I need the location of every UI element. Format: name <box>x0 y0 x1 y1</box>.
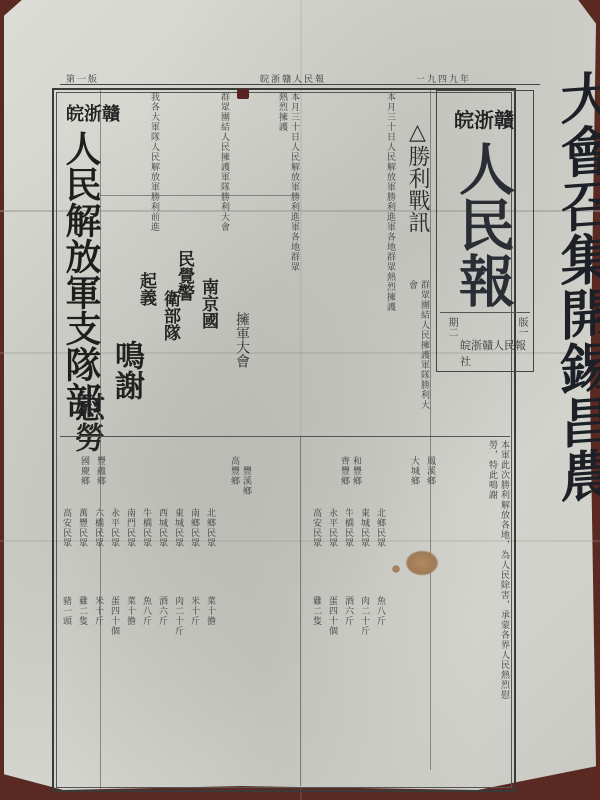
article-column: 群眾團結人民擁護軍隊勝利大會 <box>250 280 430 410</box>
masthead-info: 期二 皖浙贛人民報社 版一 <box>440 312 530 371</box>
list-amount: 雞二隻 <box>76 596 89 626</box>
list-item: 高安民眾 <box>310 508 323 548</box>
list-item: 永平民眾 <box>108 508 121 548</box>
list-amount: 酒六斤 <box>156 596 169 626</box>
page-label: 第一版 <box>66 72 99 85</box>
list-amount: 菜十擔 <box>204 596 217 626</box>
list-heading: 鳳溪鄉 <box>424 456 437 486</box>
list-amount: 豬一頭 <box>60 596 73 626</box>
list-item: 南門民眾 <box>124 508 137 548</box>
lead-headline-side2: 鳴謝 <box>104 340 148 400</box>
masthead-publisher: 皖浙贛人民報社 <box>460 337 530 369</box>
lead-headline: 人民解放軍支隊部 <box>62 130 100 418</box>
victory-news-label: 勝利戰訊 <box>405 145 430 233</box>
list-item: 北鄉民眾 <box>374 508 387 548</box>
article-column: 本軍此次勝利解放各地，為人民除害，承蒙各界人民熱烈慰勞，特此鳴謝 <box>440 440 510 700</box>
list-amount: 雞二隻 <box>310 596 323 626</box>
article-column: 群眾團結人民擁護軍隊勝利大會 <box>160 92 230 272</box>
list-item: 東城民眾 <box>172 508 185 548</box>
list-item: 永平民眾 <box>326 508 339 548</box>
masthead-issue: 期二 <box>444 317 459 337</box>
section-divider <box>100 195 300 196</box>
list-heading: 國慶鄉 <box>78 456 91 486</box>
water-stain <box>392 565 400 573</box>
list-amount: 魚八斤 <box>374 596 387 626</box>
handwritten-note: 大會召集開錫昌農 <box>548 67 600 504</box>
list-item: 北鄉民眾 <box>204 508 217 548</box>
list-item: 東城民眾 <box>358 508 371 548</box>
header-paper-name: 皖浙贛人民報 <box>260 72 326 85</box>
ink-blot <box>237 89 249 99</box>
list-amount: 魚八斤 <box>140 596 153 626</box>
list-item: 南鄉民眾 <box>188 508 201 548</box>
list-heading: 豐溪鄉 <box>240 466 253 496</box>
rally-title: 擁軍大會 <box>232 312 252 368</box>
list-item: 六橋民眾 <box>92 508 105 548</box>
section-divider <box>60 436 510 437</box>
list-item: 西城民眾 <box>156 508 169 548</box>
column-divider <box>300 436 301 786</box>
list-heading: 大城鄉 <box>408 456 421 486</box>
sub-item-qiyi: 起義 <box>134 272 159 306</box>
list-item: 萬豐民眾 <box>76 508 89 548</box>
list-amount: 米十斤 <box>188 596 201 626</box>
sub-item-nanjing: 南京國 <box>196 278 221 329</box>
lead-headline-side: 慰勞 <box>64 392 108 452</box>
column-divider <box>430 90 431 770</box>
header-date: 一九四九年 <box>416 72 471 85</box>
list-amount: 蛋四十個 <box>326 596 339 636</box>
victory-news-title: △勝利戰訊 <box>402 120 433 233</box>
article-column: 本月三十日人民解放軍勝利進軍各地群眾熱烈擁護 <box>230 92 300 272</box>
masthead-title: 人民報 <box>452 140 514 308</box>
list-amount: 肉二十斤 <box>358 596 371 636</box>
list-amount: 酒六斤 <box>342 596 355 626</box>
list-amount: 米十斤 <box>92 596 105 626</box>
list-item: 牛橋民眾 <box>140 508 153 548</box>
list-heading: 豐蘊鄉 <box>94 456 107 486</box>
article-column: 我各大軍隊人民解放軍勝利前進 <box>110 92 160 252</box>
list-amount: 蛋四十個 <box>108 596 121 636</box>
list-amount: 肉二十斤 <box>172 596 185 636</box>
column-divider <box>100 90 101 790</box>
list-item: 牛橋民眾 <box>342 508 355 548</box>
list-heading: 和豐鄉 <box>350 456 363 486</box>
masthead-edition: 版一 <box>514 317 529 337</box>
water-stain <box>405 550 439 576</box>
list-amount: 菜十擔 <box>124 596 137 626</box>
list-item: 高安民眾 <box>60 508 73 548</box>
masthead-region: 皖浙贛 <box>454 104 514 133</box>
triangle-icon: △ <box>405 120 430 145</box>
